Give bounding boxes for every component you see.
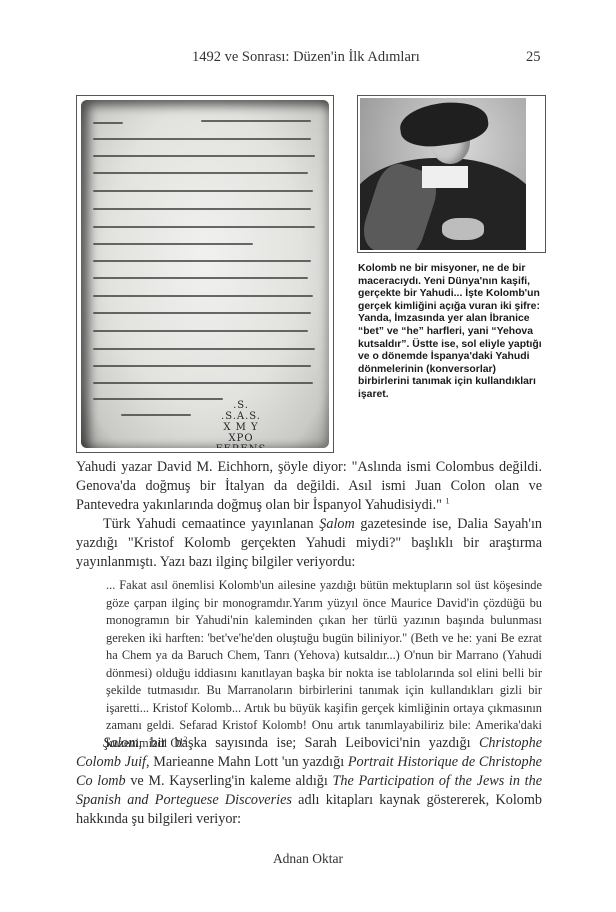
publication-title: Şalom xyxy=(103,735,138,751)
manuscript-figure: .S. .S.A.S. X M Y XPO FERENS xyxy=(76,95,334,453)
paragraph-text: Türk Yahudi cemaatince yayınlanan xyxy=(103,516,319,532)
figure-caption: Kolomb ne bir misyoner, ne de bir macera… xyxy=(358,263,546,402)
paragraph-text: , Marieanne Mahn Lott 'un yazdığı xyxy=(146,754,348,770)
page-footer-author: Adnan Oktar xyxy=(0,851,616,867)
publication-title: Şalom xyxy=(319,516,354,532)
signature-monogram: .S. .S.A.S. X M Y XPO FERENS xyxy=(211,400,271,448)
paragraph-text: ve M. Kayserling'in kaleme aldığı xyxy=(126,773,333,789)
paragraph-text: , bir başka sayısında ise; Sarah Leibovi… xyxy=(138,735,478,751)
paragraph-text: Yahudi yazar David M. Eichhorn, şöyle di… xyxy=(76,459,542,513)
columbus-portrait-image xyxy=(360,98,526,250)
paragraph-salom: Türk Yahudi cemaatince yayınlanan Şalom … xyxy=(76,515,542,572)
running-title: 1492 ve Sonrası: Düzen'in İlk Adımları xyxy=(192,49,420,66)
footnote-ref-1: 1 xyxy=(446,496,450,505)
quote-text: ... Fakat asıl önemlisi Kolomb'un ailesi… xyxy=(106,578,542,750)
block-quote: ... Fakat asıl önemlisi Kolomb'un ailesi… xyxy=(106,577,542,752)
running-header: 1492 ve Sonrası: Düzen'in İlk Adımları 2… xyxy=(0,49,616,69)
manuscript-image: .S. .S.A.S. X M Y XPO FERENS xyxy=(81,100,329,448)
paragraph-sources: Şalom, bir başka sayısında ise; Sarah Le… xyxy=(76,734,542,829)
paragraph-eichhorn: Yahudi yazar David M. Eichhorn, şöyle di… xyxy=(76,458,542,515)
portrait-figure xyxy=(357,95,546,253)
page-number: 25 xyxy=(526,49,541,66)
